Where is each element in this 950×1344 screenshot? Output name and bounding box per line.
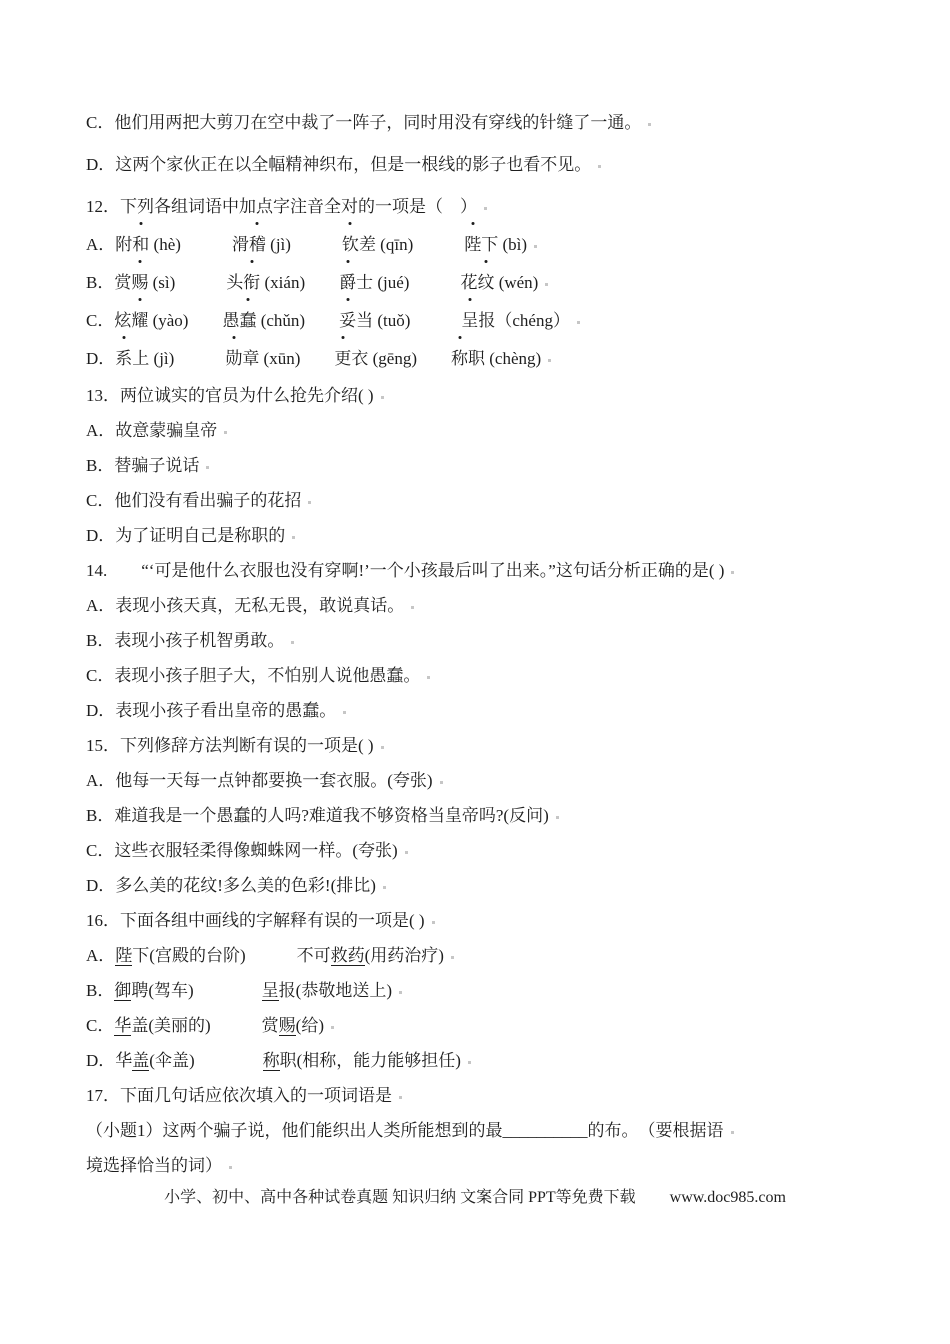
q13-option-d: D．为了证明自己是称职的 [86,518,920,553]
q14-option-a: A．表现小孩天真，无私无畏，敢说真话。 [86,588,920,623]
q12-stem: 12．下列各组词语中加点字注音全对的一项是（ ） [86,188,920,226]
q14-stem: 14. “‘可是他什么衣服也没有穿啊!’一个小孩最后叫了出来。”这句话分析正确的… [86,553,920,588]
q16-option-b: B．御聘(驾车) 呈报(恭敬地送上) [86,973,920,1008]
footer-site-url: www.doc985.com [670,1189,786,1206]
q16-stem: 16．下面各组中画线的字解释有误的一项是( ) [86,903,920,938]
q17-subquestion-1: （小题1）这两个骗子说，他们能织出人类所能想到的最__________的布。 （… [86,1113,920,1148]
footer-site-description: 小学、初中、高中各种试卷真题 知识归纳 文案合同 PPT等免费下载 [164,1189,636,1206]
q14-option-d: D．表现小孩子看出皇帝的愚蠢。 [86,693,920,728]
q13-option-c: C．他们没有看出骗子的花招 [86,483,920,518]
q14-option-c: C．表现小孩子胆子大，不怕别人说他愚蠢。 [86,658,920,693]
q15-option-a: A．他每一天每一点钟都要换一套衣服。(夸张) [86,763,920,798]
q12-option-a: A．附和 (hè) 滑稽 (jì) 钦差 (qīn) 陛下 (bì) [86,226,920,264]
q11-option-c: C．他们用两把大剪刀在空中裁了一阵子，同时用没有穿线的针缝了一通。 [86,104,920,142]
q17-subquestion-1-cont: 境选择恰当的词） [86,1148,920,1183]
q15-option-c: C．这些衣服轻柔得像蜘蛛网一样。(夸张) [86,833,920,868]
q17-stem: 17．下面几句话应依次填入的一项词语是 [86,1078,920,1113]
q11-option-d: D．这两个家伙正在以全幅精神织布，但是一根线的影子也看不见。 [86,146,920,184]
q16-option-c: C．华盖(美丽的) 赏赐(给) [86,1008,920,1043]
footer: 小学、初中、高中各种试卷真题 知识归纳 文案合同 PPT等免费下载www.doc… [0,1186,950,1210]
q12-option-c: C．炫耀 (yào) 愚蠢 (chǔn) 妥当 (tuǒ) 呈报（chéng） [86,302,920,340]
q15-option-b: B．难道我是一个愚蠢的人吗?难道我不够资格当皇帝吗?(反问) [86,798,920,833]
q13-option-a: A．故意蒙骗皇帝 [86,413,920,448]
q16-option-a: A．陛下(宫殿的台阶) 不可救药(用药治疗) [86,938,920,973]
q12-option-b: B．赏赐 (sì) 头衔 (xián) 爵士 (jué) 花纹 (wén) [86,264,920,302]
q15-stem: 15．下列修辞方法判断有误的一项是( ) [86,728,920,763]
q12-option-d: D．系上 (jì) 勋章 (xūn) 更衣 (gēng) 称职 (chèng) [86,340,920,378]
test-paper-page: C．他们用两把大剪刀在空中裁了一阵子，同时用没有穿线的针缝了一通。 D．这两个家… [0,0,950,1344]
q13-option-b: B．替骗子说话 [86,448,920,483]
page-body-text: C．他们用两把大剪刀在空中裁了一阵子，同时用没有穿线的针缝了一通。 D．这两个家… [86,104,920,1183]
q13-stem: 13．两位诚实的官员为什么抢先介绍( ) [86,378,920,413]
q14-option-b: B．表现小孩子机智勇敢。 [86,623,920,658]
q16-option-d: D．华盖(伞盖) 称职(相称，能力能够担任) [86,1043,920,1078]
q15-option-d: D．多么美的花纹!多么美的色彩!(排比) [86,868,920,903]
